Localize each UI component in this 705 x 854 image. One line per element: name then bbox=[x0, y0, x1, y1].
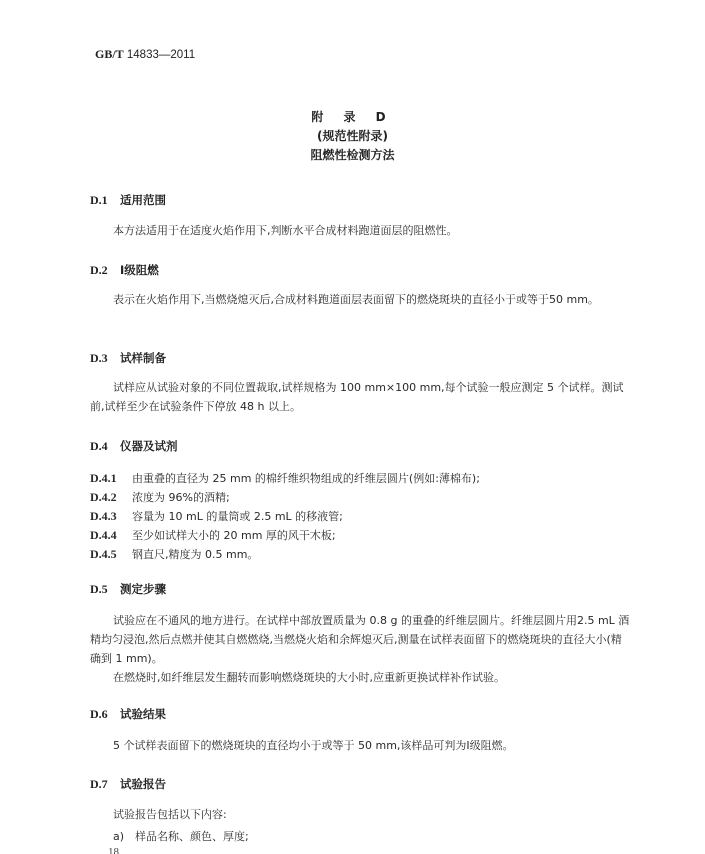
section-heading-d5: D.5测定步骤 bbox=[90, 581, 166, 597]
list-text: 样品名称、颜色、厚度; bbox=[135, 830, 249, 843]
section-number: D.2 bbox=[90, 263, 120, 278]
section-body-d1: 本方法适用于在适度火焰作用下,判断水平合成材料跑道面层的阻燃性。 bbox=[90, 221, 630, 240]
standard-prefix: GB/T bbox=[95, 47, 124, 61]
section-title: Ⅰ级阻燃 bbox=[120, 263, 159, 277]
section-title: 仪器及试剂 bbox=[120, 439, 178, 453]
section-number: D.3 bbox=[90, 351, 120, 366]
section-title: 试验结果 bbox=[120, 707, 166, 721]
standard-code: GB/T 14833—2011 bbox=[95, 47, 195, 62]
item-number: D.4.3 bbox=[90, 509, 132, 524]
item-text: 浓度为 96%的酒精; bbox=[132, 491, 230, 504]
standard-number: 14833—2011 bbox=[127, 49, 195, 61]
apparatus-item: D.4.2浓度为 96%的酒精; bbox=[90, 489, 230, 505]
section-heading-d7: D.7试验报告 bbox=[90, 776, 166, 792]
section-body-d5-note: 在燃烧时,如纤维层发生翻转而影响燃烧斑块的大小时,应重新更换试样补作试验。 bbox=[90, 668, 630, 687]
report-list-item: a)样品名称、颜色、厚度; bbox=[113, 828, 249, 844]
section-number: D.6 bbox=[90, 707, 120, 722]
item-text: 由重叠的直径为 25 mm 的棉纤维织物组成的纤维层圆片(例如:薄棉布); bbox=[132, 472, 480, 485]
section-number: D.4 bbox=[90, 439, 120, 454]
item-number: D.4.2 bbox=[90, 490, 132, 505]
page-number: 18 bbox=[108, 846, 119, 854]
section-body-d6: 5 个试样表面留下的燃烧斑块的直径均小于或等于 50 mm,该样品可判为Ⅰ级阻燃… bbox=[90, 736, 630, 755]
section-number: D.7 bbox=[90, 777, 120, 792]
item-number: D.4.4 bbox=[90, 528, 132, 543]
item-text: 至少如试样大小的 20 mm 厚的风干木板; bbox=[132, 529, 336, 542]
item-text: 容量为 10 mL 的量筒或 2.5 mL 的移液管; bbox=[132, 510, 343, 523]
section-heading-d1: D.1适用范围 bbox=[90, 192, 166, 208]
item-number: D.4.5 bbox=[90, 547, 132, 562]
section-number: D.5 bbox=[90, 582, 120, 597]
section-title: 适用范围 bbox=[120, 193, 166, 207]
section-body-d5: 试验应在不通风的地方进行。在试样中部放置质量为 0.8 g 的重叠的纤维层圆片。… bbox=[90, 611, 630, 668]
item-number: D.4.1 bbox=[90, 471, 132, 486]
annex-title: 附 录 D bbox=[0, 108, 705, 125]
section-title: 测定步骤 bbox=[120, 582, 166, 596]
item-text: 钢直尺,精度为 0.5 mm。 bbox=[132, 548, 258, 561]
section-body-d7: 试验报告包括以下内容: bbox=[90, 805, 630, 824]
section-heading-d3: D.3试样制备 bbox=[90, 350, 166, 366]
apparatus-item: D.4.4至少如试样大小的 20 mm 厚的风干木板; bbox=[90, 527, 336, 543]
apparatus-item: D.4.3容量为 10 mL 的量筒或 2.5 mL 的移液管; bbox=[90, 508, 343, 524]
section-heading-d4: D.4仪器及试剂 bbox=[90, 438, 178, 454]
section-body-d2: 表示在火焰作用下,当燃烧熄灭后,合成材料跑道面层表面留下的燃烧斑块的直径小于或等… bbox=[90, 290, 630, 309]
section-title: 试样制备 bbox=[120, 351, 166, 365]
annex-name: 阻燃性检测方法 bbox=[0, 146, 705, 163]
apparatus-item: D.4.1由重叠的直径为 25 mm 的棉纤维织物组成的纤维层圆片(例如:薄棉布… bbox=[90, 470, 480, 486]
list-marker: a) bbox=[113, 830, 135, 843]
section-number: D.1 bbox=[90, 193, 120, 208]
annex-type: (规范性附录) bbox=[0, 127, 705, 144]
section-heading-d6: D.6试验结果 bbox=[90, 706, 166, 722]
section-heading-d2: D.2Ⅰ级阻燃 bbox=[90, 262, 159, 278]
apparatus-item: D.4.5钢直尺,精度为 0.5 mm。 bbox=[90, 546, 258, 562]
section-body-d3: 试样应从试验对象的不同位置裁取,试样规格为 100 mm×100 mm,每个试验… bbox=[90, 378, 630, 416]
section-title: 试验报告 bbox=[120, 777, 166, 791]
